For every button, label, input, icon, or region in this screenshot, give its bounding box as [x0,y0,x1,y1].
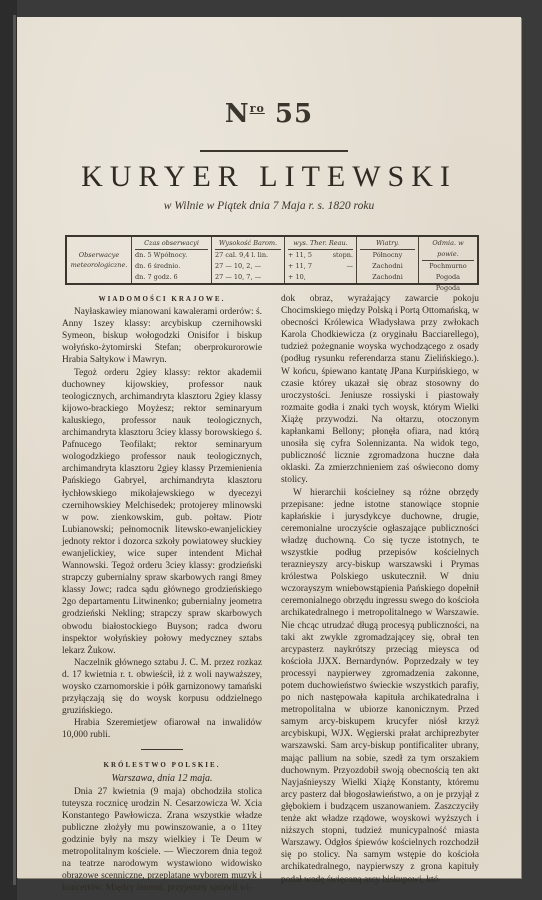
cell-time: dn. 5 Wpółnocy. [135,250,208,261]
cell-therm-row: + 11, 5stopn. [288,250,353,261]
cell-time: dn. 7 godz. 6 [135,272,208,283]
cell-barometer: 27 — 10, 7, — [215,272,281,283]
cell-sky: Pogoda [422,272,474,283]
weather-label: Obserwacye meteorologiczne. [65,237,131,283]
article-paragraph: Dnia 27 kwietnia (9 maja) obchodziła sto… [62,786,262,895]
article-paragraph: Nayłaskawiey mianowani kawalerami orderó… [62,306,262,366]
section-dateline: Warszawa, dnia 12 maja. [62,773,262,785]
title-rule [200,150,348,152]
cell-therm: + 11, 5 [288,250,312,261]
cell-therm: + 11, 7 [288,261,312,272]
cell-barometer: 27 — 10, 2, — [215,261,281,272]
cell-therm-row: + 11, 7— [288,261,353,272]
issue-suffix: ro [250,102,265,115]
issue-number: Nro 55 [17,99,521,129]
left-column: WIADOMOŚCI KRAJOWE. Nayłaskawiey mianowa… [62,293,262,895]
cell-therm: + 10, [288,272,306,283]
weather-col-thermometer: wys. Ther. Reau. + 11, 5stopn. + 11, 7— … [284,237,356,283]
issue-prefix: N [225,99,250,129]
newspaper-page: Nro 55 KURYER LITEWSKI w Wilnie w Piątek… [17,17,521,878]
section-title-domestic-news: WIADOMOŚCI KRAJOWE. [62,293,262,305]
header-thermometer: wys. Ther. Reau. [288,238,353,250]
weather-col-sky: Odmia. w powie. Pochmurno Pogoda Pogoda [418,237,479,283]
article-paragraph: Naczelnik głównego sztabu J. C. M. przez… [62,657,262,717]
cell-wind: Północny [360,250,415,261]
section-divider [141,749,183,750]
cell-therm-row: + 10, [288,272,353,283]
weather-col-time: Czas obserwacyi dn. 5 Wpółnocy. dn. 6 śr… [131,237,211,283]
article-paragraph: Hrabia Szeremietjew ofiarował na inwalid… [62,717,262,741]
cell-barometer: 27 cal. 9,4 l. lin. [215,250,281,261]
cell-wind: Zachodni [360,272,415,283]
cell-time: dn. 6 średnio. [135,261,208,272]
article-paragraph: Tegoż orderu 2giey klassy: rektor akadem… [62,367,262,657]
masthead-title: KURYER LITEWSKI [17,160,521,194]
cell-therm-unit: stopn. [333,250,353,261]
dateline: w Wilnie w Piątek dnia 7 Maja r. s. 1820… [17,200,521,212]
header-barometer: Wysokość Barom. [215,238,281,250]
cell-wind: Zachodni [360,261,415,272]
article-paragraph: W hierarchii kościelney są różne obrzędy… [281,487,479,886]
weather-col-barometer: Wysokość Barom. 27 cal. 9,4 l. lin. 27 —… [211,237,284,283]
article-paragraph: dok obraz, wyrażający zawarcie pokoju Ch… [281,293,479,487]
weather-table: Obserwacye meteorologiczne. Czas obserwa… [65,235,479,285]
header-time: Czas obserwacyi [135,238,208,250]
weather-col-wind: Wiatry. Północny Zachodni Zachodni [356,237,418,283]
header-sky: Odmia. w powie. [422,238,474,261]
page-edge-shadow [13,15,16,885]
cell-therm-unit: — [347,261,354,272]
header-wind: Wiatry. [360,238,415,250]
cell-sky: Pochmurno [422,261,474,272]
right-column: dok obraz, wyrażający zawarcie pokoju Ch… [281,293,479,886]
weather-label-text: Obserwacye meteorologiczne. [70,250,128,270]
section-title-kingdom-of-poland: KRÓLESTWO POLSKIE. [62,759,262,771]
issue-number-value: 55 [275,99,313,129]
